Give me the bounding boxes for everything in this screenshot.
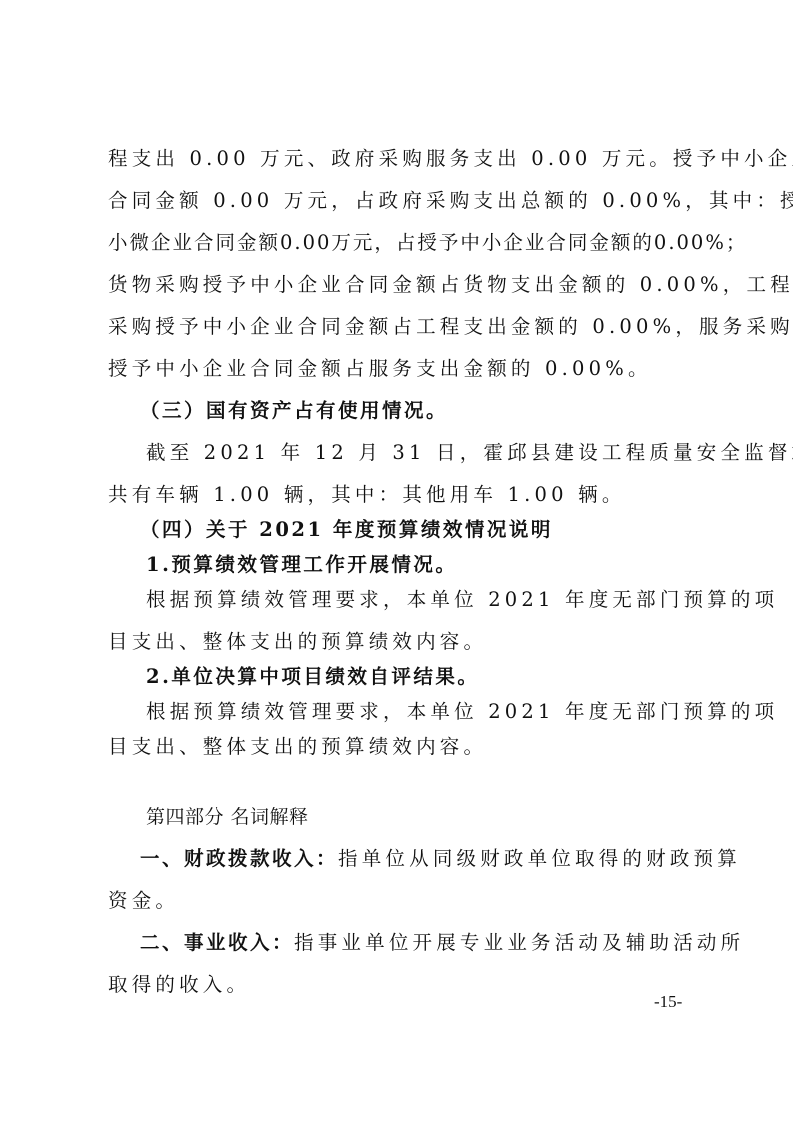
- glossary-term: 一、财政拨款收入：: [140, 847, 338, 870]
- glossary-definition: 指事业单位开展专业业务活动及辅助活动所: [294, 931, 744, 954]
- subsection-heading: 1.预算绩效管理工作开展情况。: [146, 553, 457, 577]
- section-heading: （三）国有资产占有使用情况。: [140, 399, 448, 423]
- paragraph-line: 目支出、整体支出的预算绩效内容。: [108, 735, 487, 759]
- paragraph-line: 截至 2021 年 12 月 31 日，霍邱县建设工程质量安全监督站: [146, 441, 793, 465]
- paragraph-line: 根据预算绩效管理要求，本单位 2021 年度无部门预算的项: [146, 588, 778, 612]
- part-heading: 第四部分 名词解释: [146, 805, 309, 829]
- glossary-definition-continued: 取得的收入。: [108, 973, 250, 997]
- glossary-definition-continued: 资金。: [108, 889, 179, 913]
- paragraph-line: 采购授予中小企业合同金额占工程支出金额的 0.00%，服务采购: [108, 315, 793, 339]
- glossary-term-line: 二、事业收入：指事业单位开展专业业务活动及辅助活动所: [140, 931, 744, 955]
- glossary-term-line: 一、财政拨款收入：指单位从同级财政单位取得的财政预算: [140, 847, 741, 871]
- paragraph-line: 共有车辆 1.00 辆，其中：其他用车 1.00 辆。: [108, 483, 626, 507]
- paragraph-line: 目支出、整体支出的预算绩效内容。: [108, 630, 487, 654]
- paragraph-line: 程支出 0.00 万元、政府采购服务支出 0.00 万元。授予中小企业: [108, 147, 793, 171]
- subsection-heading: 2.单位决算中项目绩效自评结果。: [146, 665, 479, 689]
- paragraph-line: 小微企业合同金额0.00万元，占授予中小企业合同金额的0.00%；: [108, 231, 747, 255]
- paragraph-line: 货物采购授予中小企业合同金额占货物支出金额的 0.00%，工程: [108, 273, 793, 297]
- paragraph-line: 授予中小企业合同金额占服务支出金额的 0.00%。: [108, 357, 652, 381]
- page-number: -15-: [654, 992, 682, 1012]
- glossary-term: 二、事业收入：: [140, 931, 294, 954]
- glossary-definition: 指单位从同级财政单位取得的财政预算: [338, 847, 741, 870]
- paragraph-line: 根据预算绩效管理要求，本单位 2021 年度无部门预算的项: [146, 700, 778, 724]
- paragraph-line: 合同金额 0.00 万元，占政府采购支出总额的 0.00%，其中：授予: [108, 189, 793, 213]
- section-heading: （四）关于 2021 年度预算绩效情况说明: [140, 518, 553, 542]
